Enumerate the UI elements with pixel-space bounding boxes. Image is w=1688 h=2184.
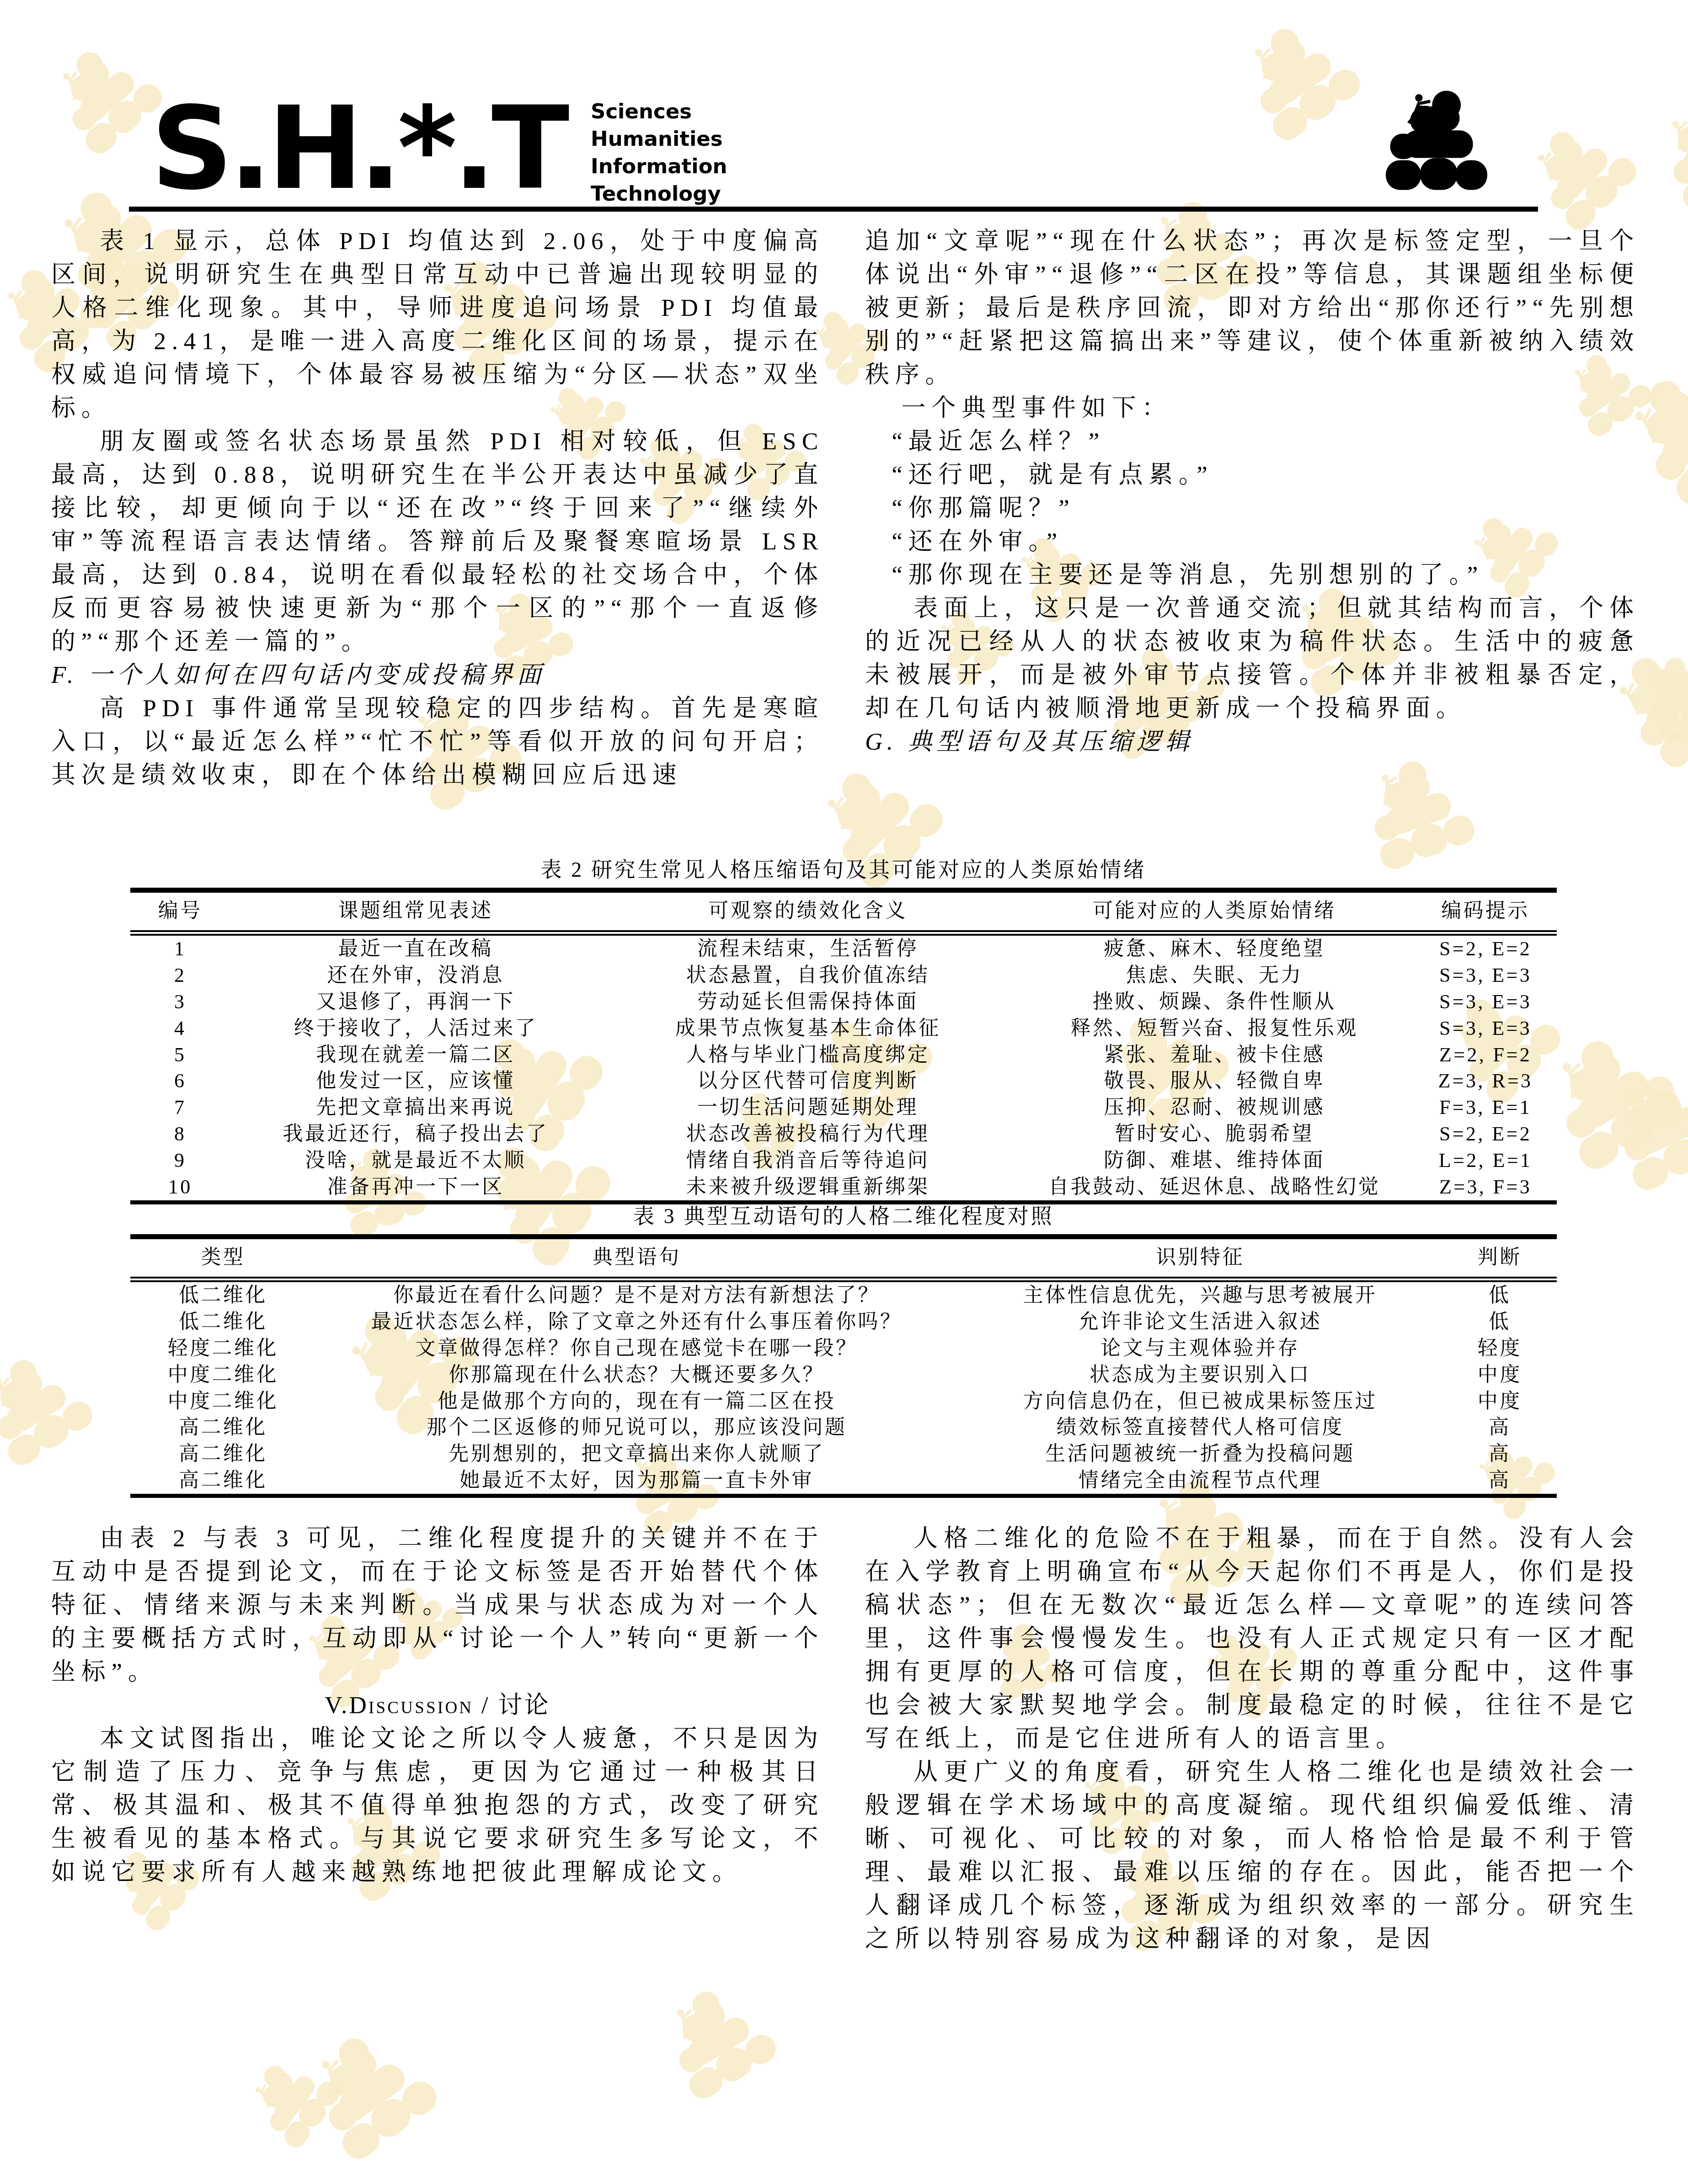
paragraph: 由表 2 与表 3 可见，二维化程度提升的关键并不在于互动中是否提到论文，而在于… bbox=[51, 1522, 824, 1689]
table-cell: 轻度 bbox=[1442, 1335, 1557, 1362]
table-row: 3又退修了，再润一下劳动延长但需保持体面挫败、烦躁、条件性顺从S=3, E=3 bbox=[130, 989, 1557, 1015]
table-cell: 未来被升级逻辑重新绑架 bbox=[601, 1174, 1015, 1202]
table-cell: 生活问题被统一折叠为投稿问题 bbox=[958, 1441, 1443, 1467]
watermark-poop-icon bbox=[1641, 84, 1688, 218]
table-cell: 成果节点恢复基本生命体征 bbox=[601, 1015, 1015, 1042]
table-cell: 我现在就差一篇二区 bbox=[230, 1042, 601, 1068]
column-upper-left: 表 1 显示，总体 PDI 均值达到 2.06，处于中度偏高区间，说明研究生在典… bbox=[51, 225, 824, 792]
table-cell: 2 bbox=[130, 962, 230, 989]
table-cell: 高 bbox=[1442, 1467, 1557, 1496]
table-cell: 情绪完全由流程节点代理 bbox=[958, 1467, 1443, 1496]
document-page: S.H.*.T SciencesHumanitiesInformationTec… bbox=[0, 0, 1688, 2184]
dialogue-line: “还行吧，就是有点累。” bbox=[865, 458, 1640, 492]
table-header-cell: 可观察的绩效化含义 bbox=[601, 890, 1015, 933]
watermark-poop-icon bbox=[1513, 107, 1645, 239]
table-row: 6他发过一区，应该懂以分区代替可信度判断敬畏、服从、轻微自卑Z=3, R=3 bbox=[130, 1068, 1557, 1094]
discussion-heading: V.Discussion / 讨论 bbox=[51, 1689, 824, 1722]
table-cell: 你那篇现在什么状态？大概还要多久？ bbox=[316, 1362, 958, 1388]
table-cell: 一切生活问题延期处理 bbox=[601, 1094, 1015, 1121]
table-cell: 1 bbox=[130, 933, 230, 962]
table-cell: 低 bbox=[1442, 1309, 1557, 1335]
table2-header-row: 编号课题组常见表述可观察的绩效化含义可能对应的人类原始情绪编码提示 bbox=[130, 890, 1557, 933]
watermark-poop-icon bbox=[236, 2042, 347, 2154]
paragraph: 追加“文章呢”“现在什么状态”；再次是标签定型，一旦个体说出“外审”“退修”“二… bbox=[865, 225, 1640, 392]
table-cell: 3 bbox=[130, 989, 230, 1015]
table3-title: 表 3 典型互动语句的人格二维化程度对照 bbox=[130, 1206, 1557, 1227]
table-row: 中度二维化他是做那个方向的，现在有一篇二区在投方向信息仍在，但已被成果标签压过中… bbox=[130, 1388, 1557, 1415]
table3-body: 低二维化你最近在看什么问题？是不是对方法有新想法了？主体性信息优先，兴趣与思考被… bbox=[130, 1279, 1557, 1496]
table-cell: 10 bbox=[130, 1174, 230, 1202]
header-rule bbox=[129, 207, 1538, 212]
table-row: 8我最近还行，稿子投出去了状态改善被投稿行为代理暂时安心、脆弱希望S=2, E=… bbox=[130, 1121, 1557, 1147]
table-cell: 先把文章搞出来再说 bbox=[230, 1094, 601, 1121]
table2-section: 表 2 研究生常见人格压缩语句及其可能对应的人类原始情绪 编号课题组常见表述可观… bbox=[130, 859, 1557, 1204]
table-cell: 以分区代替可信度判断 bbox=[601, 1068, 1015, 1094]
column-lower-right: 人格二维化的危险不在于粗暴，而在于自然。没有人会在入学教育上明确宣布“从今天起你… bbox=[865, 1522, 1640, 1956]
table-cell: 绩效标签直接替代人格可信度 bbox=[958, 1414, 1443, 1441]
table-cell: Z=3, F=3 bbox=[1414, 1174, 1557, 1202]
paragraph: 人格二维化的危险不在于粗暴，而在于自然。没有人会在入学教育上明确宣布“从今天起你… bbox=[865, 1522, 1640, 1756]
table-row: 轻度二维化文章做得怎样？你自己现在感觉卡在哪一段？论文与主观体验并存轻度 bbox=[130, 1335, 1557, 1362]
table-row: 10准备再冲一下一区未来被升级逻辑重新绑架自我鼓动、延迟休息、战略性幻觉Z=3,… bbox=[130, 1174, 1557, 1202]
table-cell: 释然、短暂兴奋、报复性乐观 bbox=[1015, 1015, 1414, 1042]
table-header-cell: 编码提示 bbox=[1414, 890, 1557, 933]
table-cell: 先别想别的，把文章搞出来你人就顺了 bbox=[316, 1441, 958, 1467]
table-cell: 高二维化 bbox=[130, 1467, 316, 1496]
table-cell: 压抑、忍耐、被规训感 bbox=[1015, 1094, 1414, 1121]
table-cell: 低二维化 bbox=[130, 1279, 316, 1309]
table-cell: Z=2, F=2 bbox=[1414, 1042, 1557, 1068]
table-cell: 高二维化 bbox=[130, 1441, 316, 1467]
table-cell: 敬畏、服从、轻微自卑 bbox=[1015, 1068, 1414, 1094]
column-lower-left: 由表 2 与表 3 可见，二维化程度提升的关键并不在于互动中是否提到论文，而在于… bbox=[51, 1522, 824, 1889]
journal-subtitle-line: Technology bbox=[591, 180, 727, 208]
table-cell: S=3, E=3 bbox=[1414, 962, 1557, 989]
dialogue-line: “最近怎么样？” bbox=[865, 425, 1640, 458]
table-cell: 低 bbox=[1442, 1279, 1557, 1309]
journal-subtitle-line: Humanities bbox=[591, 125, 727, 153]
table-row: 高二维化她最近不太好，因为那篇一直卡外审情绪完全由流程节点代理高 bbox=[130, 1467, 1557, 1496]
table-cell: 4 bbox=[130, 1015, 230, 1042]
table-cell: 他是做那个方向的，现在有一篇二区在投 bbox=[316, 1388, 958, 1415]
table-cell: 7 bbox=[130, 1094, 230, 1121]
table-cell: 论文与主观体验并存 bbox=[958, 1335, 1443, 1362]
table-cell: 高二维化 bbox=[130, 1414, 316, 1441]
table-cell: Z=3, R=3 bbox=[1414, 1068, 1557, 1094]
table-cell: 我最近还行，稿子投出去了 bbox=[230, 1121, 601, 1147]
paragraph: 本文试图指出，唯论文论之所以令人疲惫，不只是因为它制造了压力、竞争与焦虑，更因为… bbox=[51, 1722, 824, 1889]
table-cell: 8 bbox=[130, 1121, 230, 1147]
dialogue-block: “最近怎么样？”“还行吧，就是有点累。”“你那篇呢？”“还在外审。”“那你现在主… bbox=[865, 425, 1640, 592]
watermark-poop-icon bbox=[1593, 1057, 1688, 1197]
table-cell: 5 bbox=[130, 1042, 230, 1068]
journal-subtitle-line: Information bbox=[591, 153, 727, 180]
table-cell: 低二维化 bbox=[130, 1309, 316, 1335]
table2: 编号课题组常见表述可观察的绩效化含义可能对应的人类原始情绪编码提示 1最近一直在… bbox=[130, 888, 1557, 1204]
table-row: 低二维化最近状态怎么样，除了文章之外还有什么事压着你吗？允许非论文生活进入叙述低 bbox=[130, 1309, 1557, 1335]
watermark-poop-icon bbox=[1224, 5, 1370, 149]
table-cell: 6 bbox=[130, 1068, 230, 1094]
table-header-cell: 可能对应的人类原始情绪 bbox=[1015, 890, 1414, 933]
watermark-poop-icon bbox=[288, 2012, 447, 2168]
table2-title: 表 2 研究生常见人格压缩语句及其可能对应的人类原始情绪 bbox=[130, 859, 1557, 880]
paragraph: 一个典型事件如下： bbox=[865, 392, 1640, 425]
table-cell: 劳动延长但需保持体面 bbox=[601, 989, 1015, 1015]
table-row: 2还在外审，没消息状态悬置，自我价值冻结焦虑、失眠、无力S=3, E=3 bbox=[130, 962, 1557, 989]
table-cell: 方向信息仍在，但已被成果标签压过 bbox=[958, 1388, 1443, 1415]
table-cell: 流程未结束，生活暂停 bbox=[601, 933, 1015, 962]
table-cell: S=2, E=2 bbox=[1414, 933, 1557, 962]
journal-logo: S.H.*.T bbox=[151, 91, 565, 206]
table-cell: 没啥，就是最近不太顺 bbox=[230, 1147, 601, 1174]
poop-sisyphus-icon bbox=[1379, 90, 1494, 191]
table-cell: 她最近不太好，因为那篇一直卡外审 bbox=[316, 1467, 958, 1496]
table-cell: 终于接收了，人活过来了 bbox=[230, 1015, 601, 1042]
table-cell: 主体性信息优先，兴趣与思考被展开 bbox=[958, 1279, 1443, 1309]
table-cell: 人格与毕业门槛高度绑定 bbox=[601, 1042, 1015, 1068]
table-cell: 准备再冲一下一区 bbox=[230, 1174, 601, 1202]
table-cell: 高 bbox=[1442, 1441, 1557, 1467]
table-header-cell: 课题组常见表述 bbox=[230, 890, 601, 933]
table-cell: 焦虑、失眠、无力 bbox=[1015, 962, 1414, 989]
table-cell: 中度二维化 bbox=[130, 1388, 316, 1415]
table3-section: 表 3 典型互动语句的人格二维化程度对照 类型典型语句识别特征判断 低二维化你最… bbox=[130, 1206, 1557, 1498]
table-cell: 那个二区返修的师兄说可以，那应该没问题 bbox=[316, 1414, 958, 1441]
journal-subtitle: SciencesHumanitiesInformationTechnology bbox=[591, 98, 727, 208]
section-heading-f: F. 一个人如何在四句话内变成投稿界面 bbox=[51, 659, 824, 692]
paragraph: 表 1 显示，总体 PDI 均值达到 2.06，处于中度偏高区间，说明研究生在典… bbox=[51, 225, 824, 425]
table-header-cell: 判断 bbox=[1442, 1237, 1557, 1279]
table3: 类型典型语句识别特征判断 低二维化你最近在看什么问题？是不是对方法有新想法了？主… bbox=[130, 1234, 1557, 1498]
table-cell: 疲惫、麻木、轻度绝望 bbox=[1015, 933, 1414, 962]
table-row: 高二维化那个二区返修的师兄说可以，那应该没问题绩效标签直接替代人格可信度高 bbox=[130, 1414, 1557, 1441]
table-cell: S=2, E=2 bbox=[1414, 1121, 1557, 1147]
table-row: 1最近一直在改稿流程未结束，生活暂停疲惫、麻木、轻度绝望S=2, E=2 bbox=[130, 933, 1557, 962]
table-cell: 挫败、烦躁、条件性顺从 bbox=[1015, 989, 1414, 1015]
table-row: 4终于接收了，人活过来了成果节点恢复基本生命体征释然、短暂兴奋、报复性乐观S=3… bbox=[130, 1015, 1557, 1042]
paragraph: 朋友圈或签名状态场景虽然 PDI 相对较低，但 ESC 最高，达到 0.88，说… bbox=[51, 425, 824, 659]
table-cell: 暂时安心、脆弱希望 bbox=[1015, 1121, 1414, 1147]
table-header-cell: 识别特征 bbox=[958, 1237, 1443, 1279]
dialogue-line: “那你现在主要还是等消息，先别想别的了。” bbox=[865, 559, 1640, 592]
dialogue-line: “你那篇呢？” bbox=[865, 492, 1640, 525]
table-row: 7先把文章搞出来再说一切生活问题延期处理压抑、忍耐、被规训感F=3, E=1 bbox=[130, 1094, 1557, 1121]
table2-body: 1最近一直在改稿流程未结束，生活暂停疲惫、麻木、轻度绝望S=2, E=22还在外… bbox=[130, 933, 1557, 1203]
table-cell: 最近状态怎么样，除了文章之外还有什么事压着你吗？ bbox=[316, 1309, 958, 1335]
table-row: 高二维化先别想别的，把文章搞出来你人就顺了生活问题被统一折叠为投稿问题高 bbox=[130, 1441, 1557, 1467]
table-row: 9没啥，就是最近不太顺情绪自我消音后等待追问防御、难堪、维持体面L=2, E=1 bbox=[130, 1147, 1557, 1174]
table-cell: 你最近在看什么问题？是不是对方法有新想法了？ bbox=[316, 1279, 958, 1309]
table-row: 中度二维化你那篇现在什么状态？大概还要多久？状态成为主要识别入口中度 bbox=[130, 1362, 1557, 1388]
paragraph: 高 PDI 事件通常呈现较稳定的四步结构。首先是寒暄入口，以“最近怎么样”“忙不… bbox=[51, 692, 824, 792]
table-cell: 防御、难堪、维持体面 bbox=[1015, 1147, 1414, 1174]
table-cell: 又退修了，再润一下 bbox=[230, 989, 601, 1015]
section-heading-g: G. 典型语句及其压缩逻辑 bbox=[865, 725, 1640, 759]
table-cell: 轻度二维化 bbox=[130, 1335, 316, 1362]
table-cell: S=3, E=3 bbox=[1414, 1015, 1557, 1042]
table3-header-row: 类型典型语句识别特征判断 bbox=[130, 1237, 1557, 1279]
table-cell: 状态改善被投稿行为代理 bbox=[601, 1121, 1015, 1147]
table-cell: 还在外审，没消息 bbox=[230, 962, 601, 989]
table-header-cell: 编号 bbox=[130, 890, 230, 933]
table-cell: 状态成为主要识别入口 bbox=[958, 1362, 1443, 1388]
table-cell: 他发过一区，应该懂 bbox=[230, 1068, 601, 1094]
table-cell: L=2, E=1 bbox=[1414, 1147, 1557, 1174]
table-row: 5我现在就差一篇二区人格与毕业门槛高度绑定紧张、羞耻、被卡住感Z=2, F=2 bbox=[130, 1042, 1557, 1068]
table-cell: 允许非论文生活进入叙述 bbox=[958, 1309, 1443, 1335]
dialogue-line: “还在外审。” bbox=[865, 525, 1640, 559]
table-cell: 文章做得怎样？你自己现在感觉卡在哪一段？ bbox=[316, 1335, 958, 1362]
paragraph: 从更广义的角度看，研究生人格二维化也是绩效社会一般逻辑在学术场域中的高度凝缩。现… bbox=[865, 1756, 1640, 1956]
journal-subtitle-line: Sciences bbox=[591, 98, 727, 125]
table-cell: 情绪自我消音后等待追问 bbox=[601, 1147, 1015, 1174]
table-cell: 紧张、羞耻、被卡住感 bbox=[1015, 1042, 1414, 1068]
watermark-poop-icon bbox=[646, 1971, 785, 2107]
table-cell: 高 bbox=[1442, 1414, 1557, 1441]
table-cell: 自我鼓动、延迟休息、战略性幻觉 bbox=[1015, 1174, 1414, 1202]
table-cell: 中度 bbox=[1442, 1362, 1557, 1388]
table-cell: 最近一直在改稿 bbox=[230, 933, 601, 962]
table-cell: S=3, E=3 bbox=[1414, 989, 1557, 1015]
column-upper-right: 追加“文章呢”“现在什么状态”；再次是标签定型，一旦个体说出“外审”“退修”“二… bbox=[865, 225, 1640, 759]
watermark-poop-icon bbox=[1348, 746, 1483, 876]
table-cell: 9 bbox=[130, 1147, 230, 1174]
table-cell: 中度 bbox=[1442, 1388, 1557, 1415]
watermark-poop-icon bbox=[0, 1339, 101, 1474]
table-cell: 中度二维化 bbox=[130, 1362, 316, 1388]
table-header-cell: 典型语句 bbox=[316, 1237, 958, 1279]
table-cell: F=3, E=1 bbox=[1414, 1094, 1557, 1121]
table-cell: 状态悬置，自我价值冻结 bbox=[601, 962, 1015, 989]
paragraph: 表面上，这只是一次普通交流；但就其结构而言，个体的近况已经从人的状态被收束为稿件… bbox=[865, 592, 1640, 725]
table-row: 低二维化你最近在看什么问题？是不是对方法有新想法了？主体性信息优先，兴趣与思考被… bbox=[130, 1279, 1557, 1309]
table-header-cell: 类型 bbox=[130, 1237, 316, 1279]
